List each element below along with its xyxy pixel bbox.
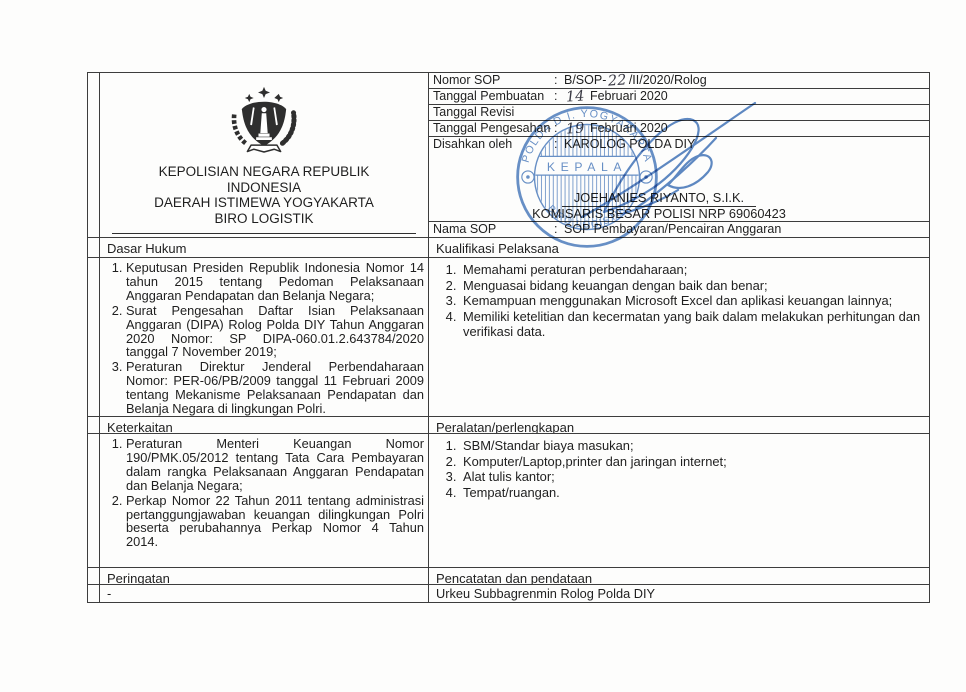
info-label: Tanggal Pengesahan [433, 121, 554, 136]
org-line-1: KEPOLISIAN NEGARA REPUBLIK INDONESIA [122, 164, 406, 195]
pencatatan-content: Urkeu Subbagrenmin Rolog Polda DIY [429, 585, 929, 602]
list-item: Surat Pengesahan Daftar Isian Pelaksanaa… [126, 304, 426, 360]
table-gutter [88, 568, 100, 585]
table-gutter [88, 434, 100, 568]
handwritten-number: 14 [564, 91, 587, 104]
info-row-tanggal-pembuatan: Tanggal Pembuatan : 14 Februari 2020 [429, 89, 929, 105]
list-item: Keputusan Presiden Republik Indonesia No… [126, 261, 426, 303]
dasar-hukum-content: Keputusan Presiden Republik Indonesia No… [100, 258, 429, 417]
peralatan-content: SBM/Standar biaya masukan; Komputer/Lapt… [429, 434, 929, 568]
list-item: Tempat/ruangan. [460, 485, 923, 501]
handwritten-number: 22 [606, 75, 629, 88]
list-item: Komputer/Laptop,printer dan jaringan int… [460, 454, 923, 470]
approver-rank-nrp: KOMISARIS BESAR POLISI NRP 69060423 [519, 207, 799, 221]
sop-info-cell: Nomor SOP : B/SOP-22/II/2020/Rolog Tangg… [429, 73, 929, 238]
scanned-sop-document: KEPOLISIAN NEGARA REPUBLIK INDONESIA DAE… [0, 0, 966, 692]
peringatan-content: - [100, 585, 429, 602]
list-item: Peraturan Direktur Jenderal Perbendahara… [126, 360, 426, 416]
info-label: Nomor SOP [433, 73, 554, 88]
info-value: 14 Februari 2020 [564, 89, 668, 104]
dasar-hukum-list: Keputusan Presiden Republik Indonesia No… [100, 261, 426, 416]
info-row-tanggal-revisi: Tanggal Revisi [429, 105, 929, 121]
keterkaitan-content: Peraturan Menteri Keuangan Nomor 190/PMK… [100, 434, 429, 568]
list-item: Memiliki ketelitian dan kecermatan yang … [460, 309, 923, 340]
info-row-nomor-sop: Nomor SOP : B/SOP-22/II/2020/Rolog [429, 73, 929, 89]
peralatan-list: SBM/Standar biaya masukan; Komputer/Lapt… [429, 438, 923, 500]
section-title-pencatatan: Pencatatan dan pendataan [429, 568, 929, 585]
colon: : [554, 222, 564, 237]
info-row-tanggal-pengesahan: Tanggal Pengesahan : 19 Februari 2020 [429, 121, 929, 137]
section-title-kualifikasi-pelaksana: Kualifikasi Pelaksana [429, 238, 929, 258]
section-title-peringatan: Peringatan [100, 568, 429, 585]
table-gutter [88, 585, 100, 602]
colon: : [554, 89, 564, 104]
section-title-keterkaitan: Keterkaitan [100, 417, 429, 434]
list-item: Kemampuan menggunakan Microsoft Excel da… [460, 293, 923, 309]
org-line-3: BIRO LOGISTIK [122, 211, 406, 227]
list-item: SBM/Standar biaya masukan; [460, 438, 923, 454]
table-gutter [88, 238, 100, 258]
list-item: Peraturan Menteri Keuangan Nomor 190/PMK… [126, 437, 426, 493]
section-title-dasar-hukum: Dasar Hukum [100, 238, 429, 258]
colon: : [554, 137, 564, 152]
approval-signature-block: JOEHANIES RIYANTO, S.I.K. KOMISARIS BESA… [519, 191, 799, 220]
colon: : [554, 73, 564, 88]
list-item: Menguasai bidang keuangan dengan baik da… [460, 278, 923, 294]
org-title-block: KEPOLISIAN NEGARA REPUBLIK INDONESIA DAE… [112, 164, 416, 234]
org-line-2: DAERAH ISTIMEWA YOGYAKARTA [122, 195, 406, 211]
info-row-disahkan-oleh: Disahkan oleh : KAROLOG POLDA DIY JOEHAN… [429, 137, 929, 222]
kualifikasi-list: Memahami peraturan perbendaharaan; Mengu… [429, 262, 923, 340]
info-label: Disahkan oleh [433, 137, 554, 152]
colon: : [554, 121, 564, 136]
info-value: SOP Pembayaran/Pencairan Anggaran [564, 222, 781, 237]
info-value: KAROLOG POLDA DIY [564, 137, 695, 152]
kualifikasi-content: Memahami peraturan perbendaharaan; Mengu… [429, 258, 929, 417]
info-value: B/SOP-22/II/2020/Rolog [564, 73, 707, 88]
section-title-peralatan: Peralatan/perlengkapan [429, 417, 929, 434]
keterkaitan-list: Peraturan Menteri Keuangan Nomor 190/PMK… [100, 437, 426, 549]
list-item: Perkap Nomor 22 Tahun 2011 tentang admin… [126, 494, 426, 550]
info-row-nama-sop: Nama SOP : SOP Pembayaran/Pencairan Angg… [429, 222, 929, 237]
info-label: Nama SOP [433, 222, 554, 237]
polri-tribrata-emblem-icon [216, 86, 312, 158]
list-item: Alat tulis kantor; [460, 469, 923, 485]
table-gutter [88, 258, 100, 417]
sop-table: KEPOLISIAN NEGARA REPUBLIK INDONESIA DAE… [87, 72, 930, 603]
table-gutter [88, 73, 100, 238]
handwritten-number: 19 [564, 123, 587, 136]
info-value: 19 Februari 2020 [564, 121, 668, 136]
list-item: Memahami peraturan perbendaharaan; [460, 262, 923, 278]
info-label: Tanggal Pembuatan [433, 89, 554, 104]
approver-name: JOEHANIES RIYANTO, S.I.K. [562, 191, 756, 207]
table-gutter [88, 417, 100, 434]
info-label: Tanggal Revisi [433, 105, 554, 120]
org-header-cell: KEPOLISIAN NEGARA REPUBLIK INDONESIA DAE… [100, 73, 429, 238]
